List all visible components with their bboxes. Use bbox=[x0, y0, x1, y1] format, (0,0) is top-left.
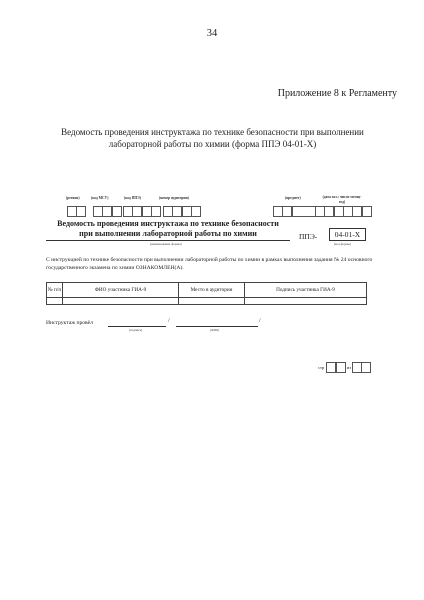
msu-label: (код МСУ) bbox=[91, 196, 108, 200]
region-field[interactable] bbox=[67, 206, 86, 217]
region-label: (регион) bbox=[66, 196, 80, 200]
room-field[interactable] bbox=[163, 206, 200, 217]
intro-text: С инструкцией по технике безопасности пр… bbox=[46, 256, 376, 272]
form-code-prefix: ППЭ- bbox=[299, 232, 317, 241]
instructor-signature-line[interactable] bbox=[108, 326, 166, 327]
instructor-label: Инструктаж провёл bbox=[46, 320, 93, 326]
page-label: стр bbox=[318, 365, 324, 370]
ppe-code-label: (код ППЭ) bbox=[124, 196, 141, 200]
cell[interactable] bbox=[362, 206, 372, 217]
column-header-signature: Подпись участника ГИА-9 bbox=[245, 283, 367, 298]
document-title-line-1: Ведомость проведения инструктажа по техн… bbox=[60, 126, 365, 138]
participants-table: № п/п ФИО участника ГИА-9 Место в аудито… bbox=[46, 282, 367, 305]
ppe-code-field[interactable] bbox=[123, 206, 160, 217]
cell[interactable] bbox=[151, 206, 161, 217]
document-title-line-2: лабораторной работы по химии (форма ППЭ … bbox=[60, 138, 365, 150]
table-row bbox=[47, 298, 367, 305]
page-number: 34 bbox=[0, 28, 424, 39]
column-header-name: ФИО участника ГИА-9 bbox=[63, 283, 179, 298]
instructor-name-line[interactable] bbox=[176, 326, 258, 327]
of-label: из bbox=[347, 365, 351, 370]
cell[interactable] bbox=[292, 206, 316, 217]
cell[interactable] bbox=[361, 362, 371, 373]
pagination: стр из bbox=[318, 362, 371, 373]
cell[interactable] bbox=[112, 206, 122, 217]
subject-field[interactable] bbox=[273, 206, 315, 217]
cell-name[interactable] bbox=[63, 298, 179, 305]
appendix-label: Приложение 8 к Регламенту bbox=[278, 88, 397, 99]
subject-label: (предмет) bbox=[285, 196, 301, 200]
msu-field[interactable] bbox=[93, 206, 121, 217]
signature-caption: (подпись) bbox=[129, 328, 142, 332]
form-title: Ведомость проведения инструктажа по техн… bbox=[48, 219, 288, 239]
name-caption: (ФИО) bbox=[210, 328, 219, 332]
form-title-line-1: Ведомость проведения инструктажа по техн… bbox=[48, 219, 288, 229]
cell[interactable] bbox=[191, 206, 201, 217]
form-title-underline bbox=[46, 240, 290, 241]
cell-signature[interactable] bbox=[245, 298, 367, 305]
cell-seat[interactable] bbox=[179, 298, 245, 305]
table-header-row: № п/п ФИО участника ГИА-9 Место в аудито… bbox=[47, 283, 367, 298]
document-title: Ведомость проведения инструктажа по техн… bbox=[60, 126, 365, 150]
cell[interactable] bbox=[76, 206, 86, 217]
separator-slash: / bbox=[168, 318, 170, 324]
form-code-box: 04-01-Х bbox=[329, 228, 366, 241]
page-number-field[interactable] bbox=[326, 362, 345, 373]
separator-slash: / bbox=[259, 318, 261, 324]
page-total-field[interactable] bbox=[352, 362, 371, 373]
date-field[interactable] bbox=[315, 206, 371, 217]
date-label: (дата экз.: число-месяц-год) bbox=[322, 195, 362, 204]
form-title-line-2: при выполнении лабораторной работы по хи… bbox=[48, 229, 288, 239]
column-header-number: № п/п bbox=[47, 283, 63, 298]
cell[interactable] bbox=[336, 362, 346, 373]
column-header-seat: Место в аудитории bbox=[179, 283, 245, 298]
form-title-caption: (наименование формы) bbox=[150, 242, 182, 246]
room-label: (номер аудитории) bbox=[159, 196, 189, 200]
form-code-caption: (код формы) bbox=[334, 242, 351, 246]
cell-number[interactable] bbox=[47, 298, 63, 305]
